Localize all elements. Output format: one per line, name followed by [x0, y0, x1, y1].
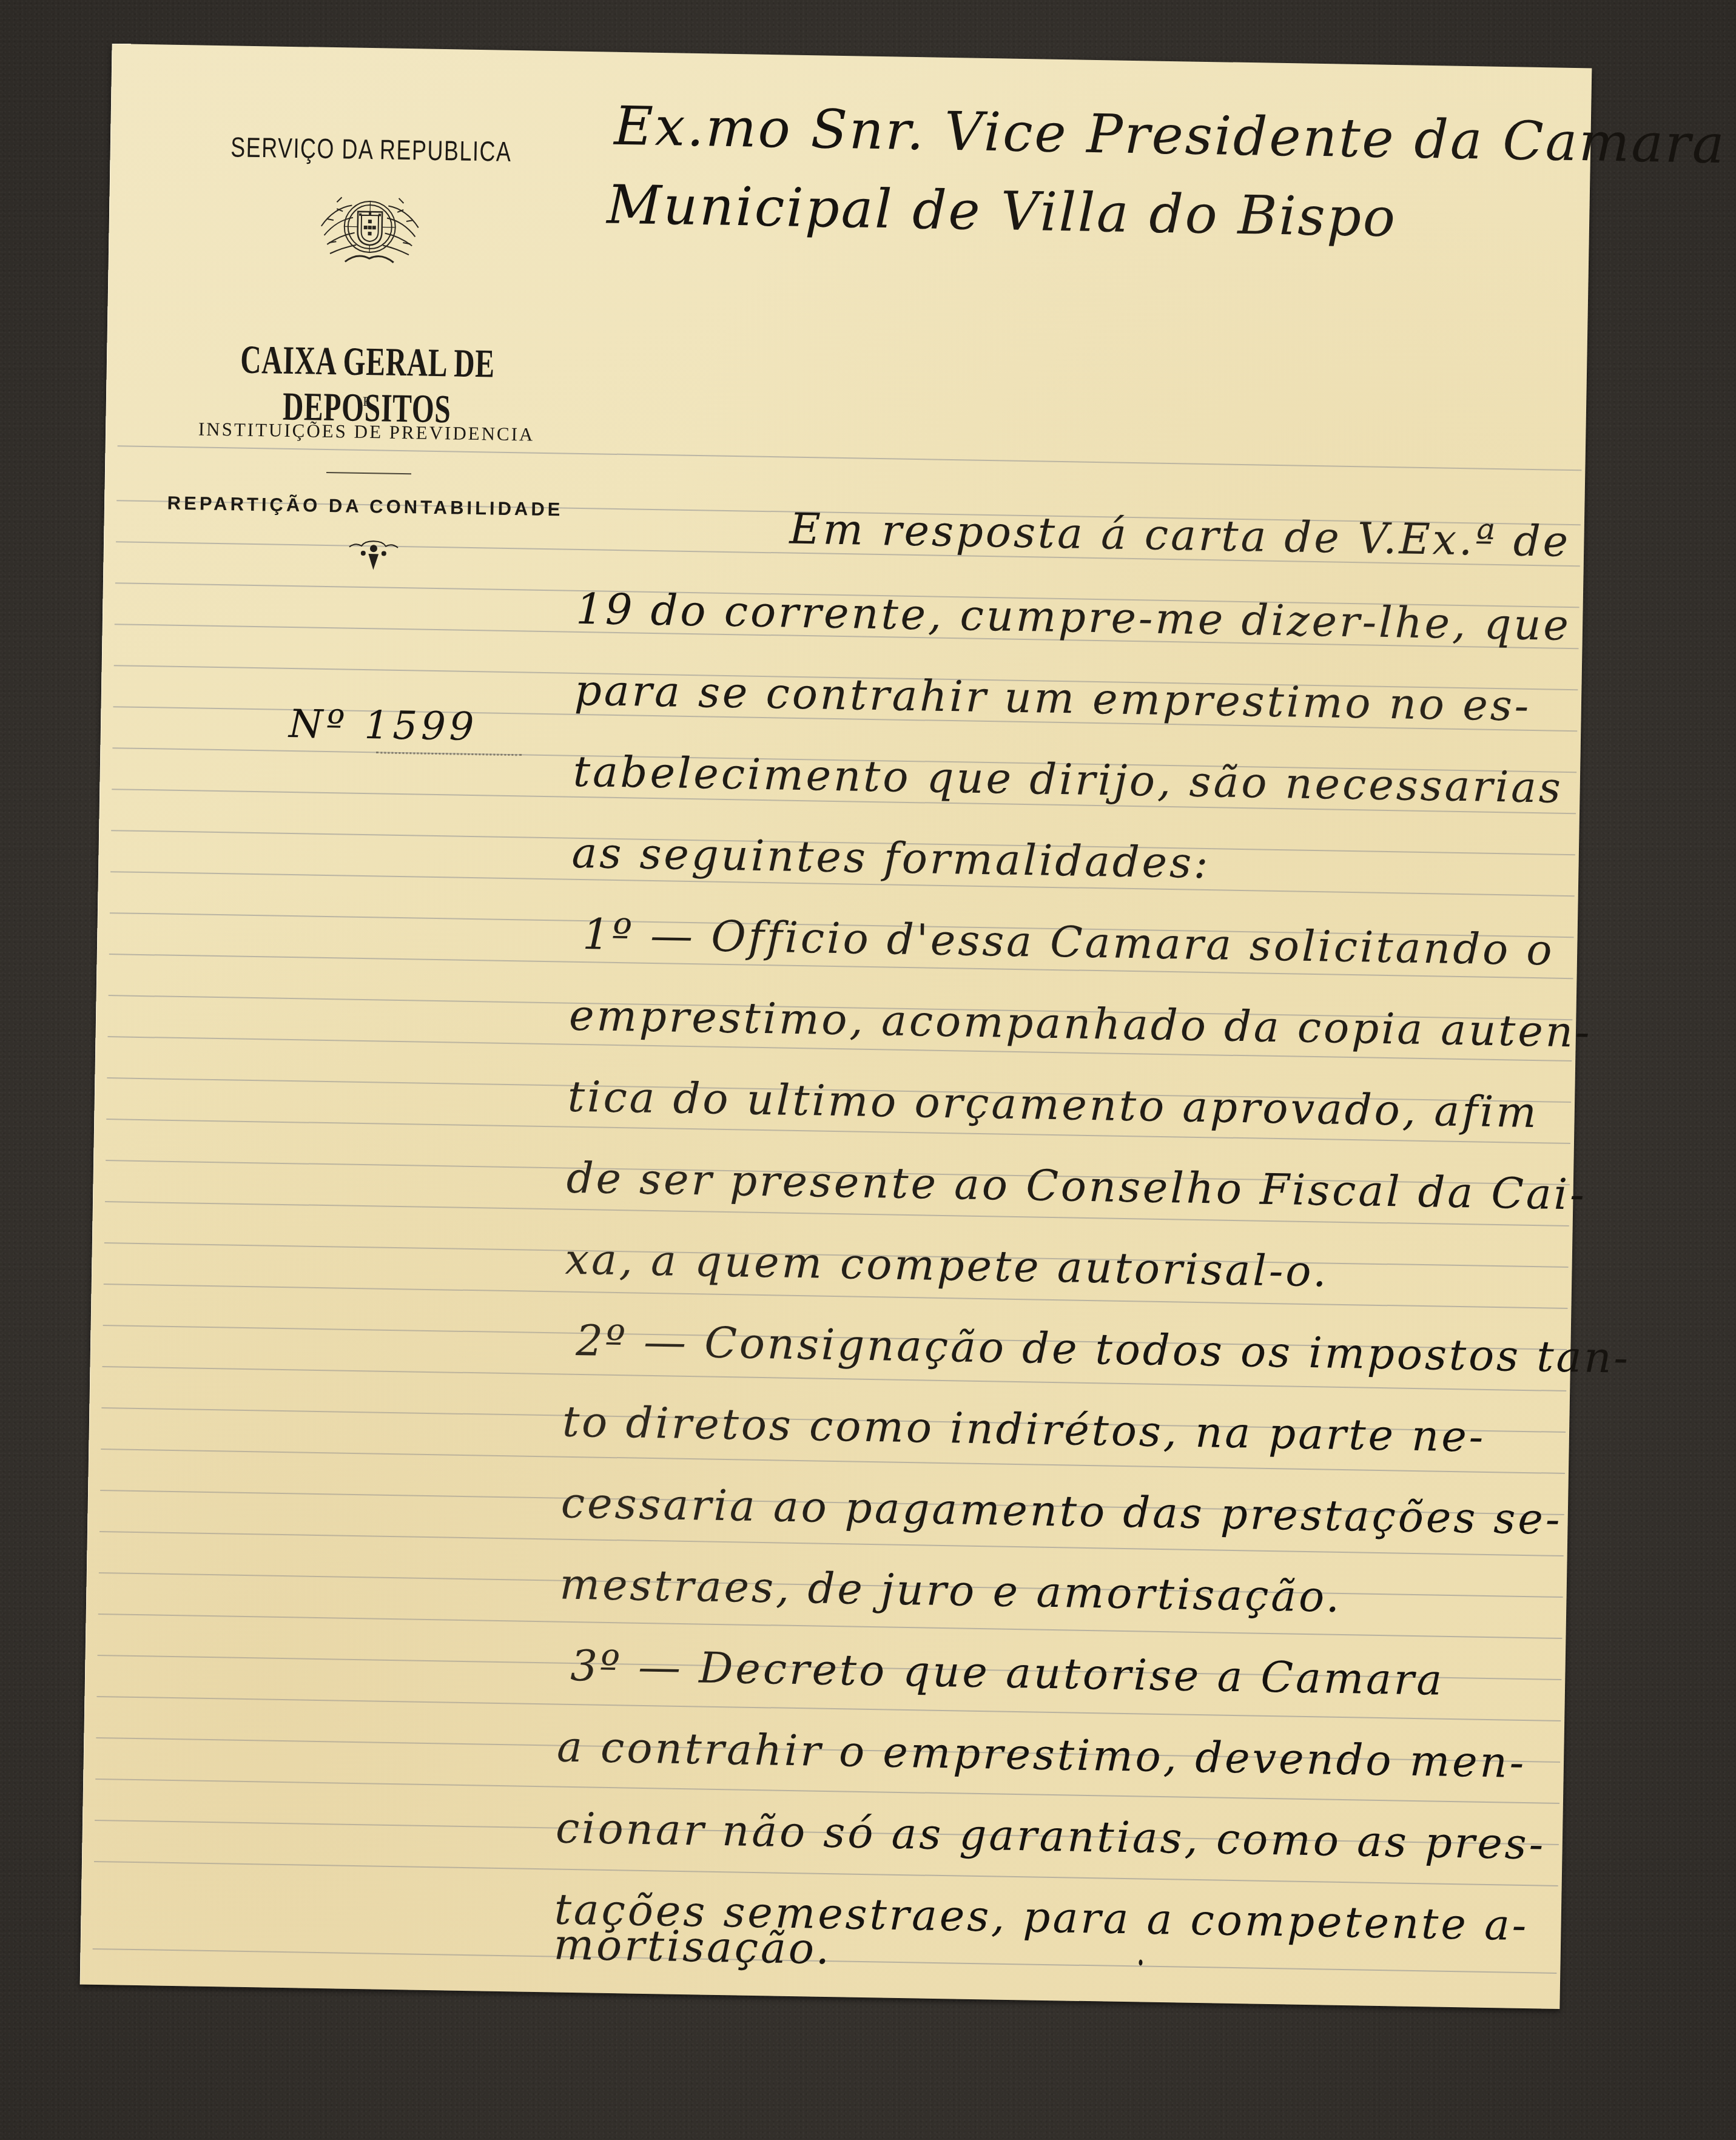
letterhead-service: SERVIÇO DA REPUBLICA	[196, 130, 547, 169]
floral-ornament-icon	[346, 536, 401, 573]
letter-sheet: SERVIÇO DA REPUBLICA	[80, 44, 1592, 2009]
body-line: as seguintes formalidades:	[571, 828, 1211, 888]
portuguese-coat-of-arms-icon	[308, 183, 431, 276]
address-line-2: Municipal de Villa do Bispo	[607, 173, 1398, 249]
ruled-line	[118, 445, 1582, 471]
body-line: mortisação.	[553, 1920, 832, 1974]
registration-number: Nº 1599	[289, 702, 478, 750]
ruled-line	[98, 1613, 1563, 1639]
